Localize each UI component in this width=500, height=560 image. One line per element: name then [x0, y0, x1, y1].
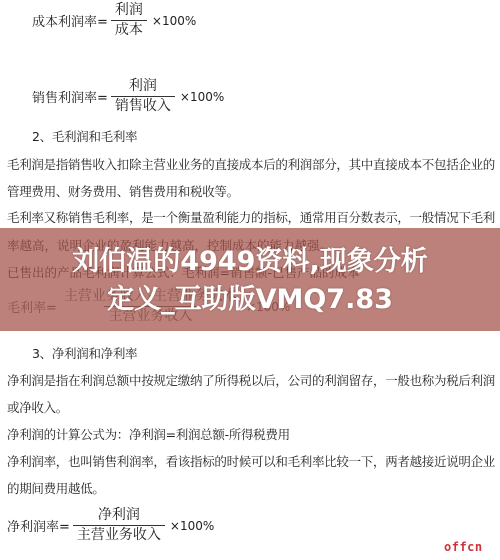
denominator: 销售收入	[111, 96, 175, 115]
banner-title-line2: 定义_互助版VMQ7.83	[0, 283, 500, 317]
paragraph-line: 净利润的计算公式为：净利润=利润总额-所得税费用	[7, 427, 290, 443]
paragraph-line: 毛利润是指销售收入扣除主营业业务的直接成本后的利润部分，其中直接成本不包括企业的	[7, 157, 495, 173]
section-heading-net-profit: 3、净利润和净利率	[32, 346, 137, 362]
formula-label: 净利润率=	[7, 516, 70, 535]
denominator: 成本	[111, 20, 147, 39]
paragraph-line: 净利润率，也叫销售利润率，看该指标的时候可以和毛利率比较一下，两者越接近说明企业	[7, 454, 495, 470]
paragraph-line: 或净收入。	[7, 400, 68, 416]
multiplier: ×100%	[152, 14, 196, 28]
formula-net-profit-rate: 净利润率= 净利润 主营业务收入 ×100%	[7, 507, 214, 544]
formula-label: 成本利润率=	[32, 11, 108, 30]
paragraph-line: 的期间费用越低。	[7, 481, 105, 497]
formula-label: 销售利润率=	[32, 87, 108, 106]
multiplier: ×100%	[180, 90, 224, 104]
section-heading-gross-profit: 2、毛利润和毛利率	[32, 129, 137, 145]
multiplier: ×100%	[170, 519, 214, 533]
formula-sales-profit-rate: 销售利润率= 利润 销售收入 ×100%	[32, 78, 224, 115]
fraction: 利润 成本	[111, 2, 147, 39]
numerator: 利润	[125, 78, 161, 96]
offcn-watermark-logo: offcn	[444, 540, 483, 554]
paragraph-line: 管理费用、财务费用、销售费用和税收等。	[7, 184, 239, 200]
fraction: 利润 销售收入	[111, 78, 175, 115]
numerator: 净利润	[94, 507, 144, 525]
fraction: 净利润 主营业务收入	[73, 507, 165, 544]
banner-title-line1: 刘伯温的4949资料,现象分析	[0, 245, 500, 279]
formula-cost-profit-rate: 成本利润率= 利润 成本 ×100%	[32, 2, 196, 39]
denominator: 主营业务收入	[73, 525, 165, 544]
numerator: 利润	[111, 2, 147, 20]
paragraph-line: 净利润是指在利润总额中按规定缴纳了所得税以后，公司的利润留存，一般也称为税后利润	[7, 373, 495, 389]
paragraph-line: 毛利率又称销售毛利率，是一个衡量盈利能力的指标，通常用百分数表示，一般情况下毛利	[7, 210, 495, 226]
